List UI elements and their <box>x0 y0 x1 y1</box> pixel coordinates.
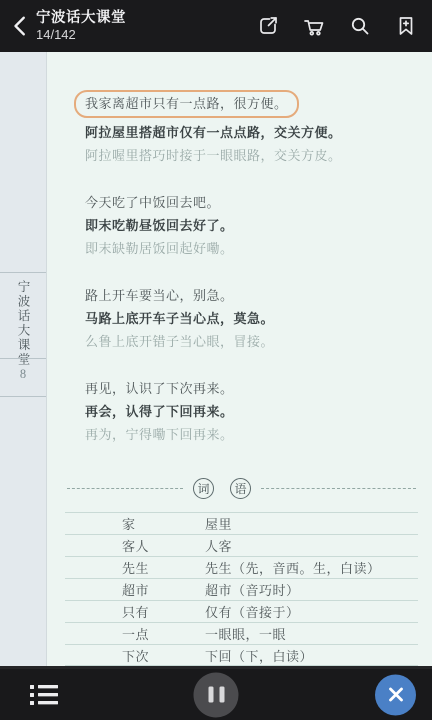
table-row: 只有 仅有（音接于） <box>65 600 418 622</box>
mandarin-word: 客人 <box>65 536 205 555</box>
phonetic-line: 再为，宁得嘞下回再来。 <box>85 423 418 446</box>
topbar-actions <box>256 14 432 38</box>
page-body: 我家离超市只有一点路，很方便。 阿拉屋里搭超市仅有一点点路，交关方便。 阿拉喔里… <box>47 52 432 666</box>
dialect-word: 屋里 <box>205 514 418 533</box>
page-number: 8 <box>0 367 46 382</box>
dialect-word: 先生（先，音西。生，白读） <box>205 558 418 577</box>
search-icon[interactable] <box>348 14 372 38</box>
back-button[interactable]: 宁波话大课堂 14/142 <box>0 9 126 43</box>
pause-icon <box>208 687 213 703</box>
dialect-word: 超市（音巧时） <box>205 580 418 599</box>
dialect-word: 下回（下，白读） <box>205 646 418 665</box>
pause-button[interactable] <box>194 672 239 717</box>
table-row: 下次 下回（下，白读） <box>65 644 418 666</box>
cart-icon[interactable] <box>302 14 326 38</box>
dialect-line: 即末吃勒昼饭回去好了。 <box>85 214 418 237</box>
dialect-line: 再会，认得了下回再来。 <box>85 400 418 423</box>
chevron-left-icon <box>10 13 32 39</box>
highlighted-sentence[interactable]: 我家离超市只有一点路，很方便。 <box>74 90 299 118</box>
mandarin-line: 路上开车要当心，别急。 <box>85 284 418 307</box>
mandarin-word: 先生 <box>65 558 205 577</box>
dashed-rule <box>67 488 183 489</box>
margin-divider <box>0 396 46 397</box>
title-block: 宁波话大课堂 14/142 <box>36 9 126 43</box>
page-view[interactable]: 宁波话大课堂 8 我家离超市只有一点路，很方便。 阿拉屋里搭超市仅有一点点路，交… <box>0 52 432 666</box>
phonetic-line: 即末缺勒居饭回起好嘞。 <box>85 237 418 260</box>
close-icon <box>386 685 406 705</box>
mandarin-line: 我家离超市只有一点路，很方便。 <box>85 96 288 111</box>
mandarin-word: 只有 <box>65 602 205 621</box>
reader-screen: 宁波话大课堂 14/142 宁波话大课堂 <box>0 0 432 720</box>
dialect-word: 仅有（音接于） <box>205 602 418 621</box>
section-char-circle: 语 <box>230 478 251 499</box>
page-margin-strip: 宁波话大课堂 8 <box>0 52 47 666</box>
mandarin-word: 一点 <box>65 624 205 643</box>
page-indicator: 14/142 <box>36 27 126 43</box>
sentence-group: 再见，认识了下次再来。 再会，认得了下回再来。 再为，宁得嘞下回再来。 <box>85 377 418 446</box>
dialect-line: 马路上底开车子当心点，莫急。 <box>85 307 418 330</box>
mandarin-word: 下次 <box>65 646 205 665</box>
share-icon[interactable] <box>256 14 280 38</box>
dialect-word: 一眼眼，一眼 <box>205 624 418 643</box>
app-title: 宁波话大课堂 <box>36 9 126 27</box>
dashed-rule <box>261 488 416 489</box>
vocab-table: 家 屋里 客人 人客 先生 先生（先，音西。生，白读） 超市 超市（音巧时） 只… <box>65 512 418 666</box>
table-row: 一点 一眼眼，一眼 <box>65 622 418 644</box>
book-spine-title: 宁波话大课堂 <box>14 280 32 367</box>
mandarin-line: 再见，认识了下次再来。 <box>85 377 418 400</box>
table-row: 超市 超市（音巧时） <box>65 578 418 600</box>
bottom-bar <box>0 666 432 720</box>
sentence-group: 今天吃了中饭回去吧。 即末吃勒昼饭回去好了。 即末缺勒居饭回起好嘞。 <box>85 191 418 260</box>
phonetic-line: 阿拉喔里搭巧时接于一眼眼路，交关方皮。 <box>85 144 418 167</box>
sentence-group: 路上开车要当心，别急。 马路上底开车子当心点，莫急。 么鲁上底开错子当心眼，冒接… <box>85 284 418 353</box>
margin-divider <box>0 358 46 359</box>
table-row: 客人 人客 <box>65 534 418 556</box>
dialect-word: 人客 <box>205 536 418 555</box>
sentence-group: 我家离超市只有一点路，很方便。 阿拉屋里搭超市仅有一点点路，交关方便。 阿拉喔里… <box>85 90 418 167</box>
margin-divider <box>0 272 46 273</box>
top-bar: 宁波话大课堂 14/142 <box>0 0 432 52</box>
table-row: 家 屋里 <box>65 512 418 534</box>
table-row: 先生 先生（先，音西。生，白读） <box>65 556 418 578</box>
vocab-section-header: 词 语 <box>67 478 416 499</box>
mandarin-line: 今天吃了中饭回去吧。 <box>85 191 418 214</box>
close-button[interactable] <box>375 674 416 715</box>
bookmark-add-icon[interactable] <box>394 14 418 38</box>
dialect-line: 阿拉屋里搭超市仅有一点点路，交关方便。 <box>85 121 418 144</box>
phonetic-line: 么鲁上底开错子当心眼，冒接。 <box>85 330 418 353</box>
list-icon[interactable] <box>30 683 58 707</box>
pause-icon <box>219 687 224 703</box>
mandarin-word: 家 <box>65 514 205 533</box>
section-char-circle: 词 <box>193 478 214 499</box>
mandarin-word: 超市 <box>65 580 205 599</box>
